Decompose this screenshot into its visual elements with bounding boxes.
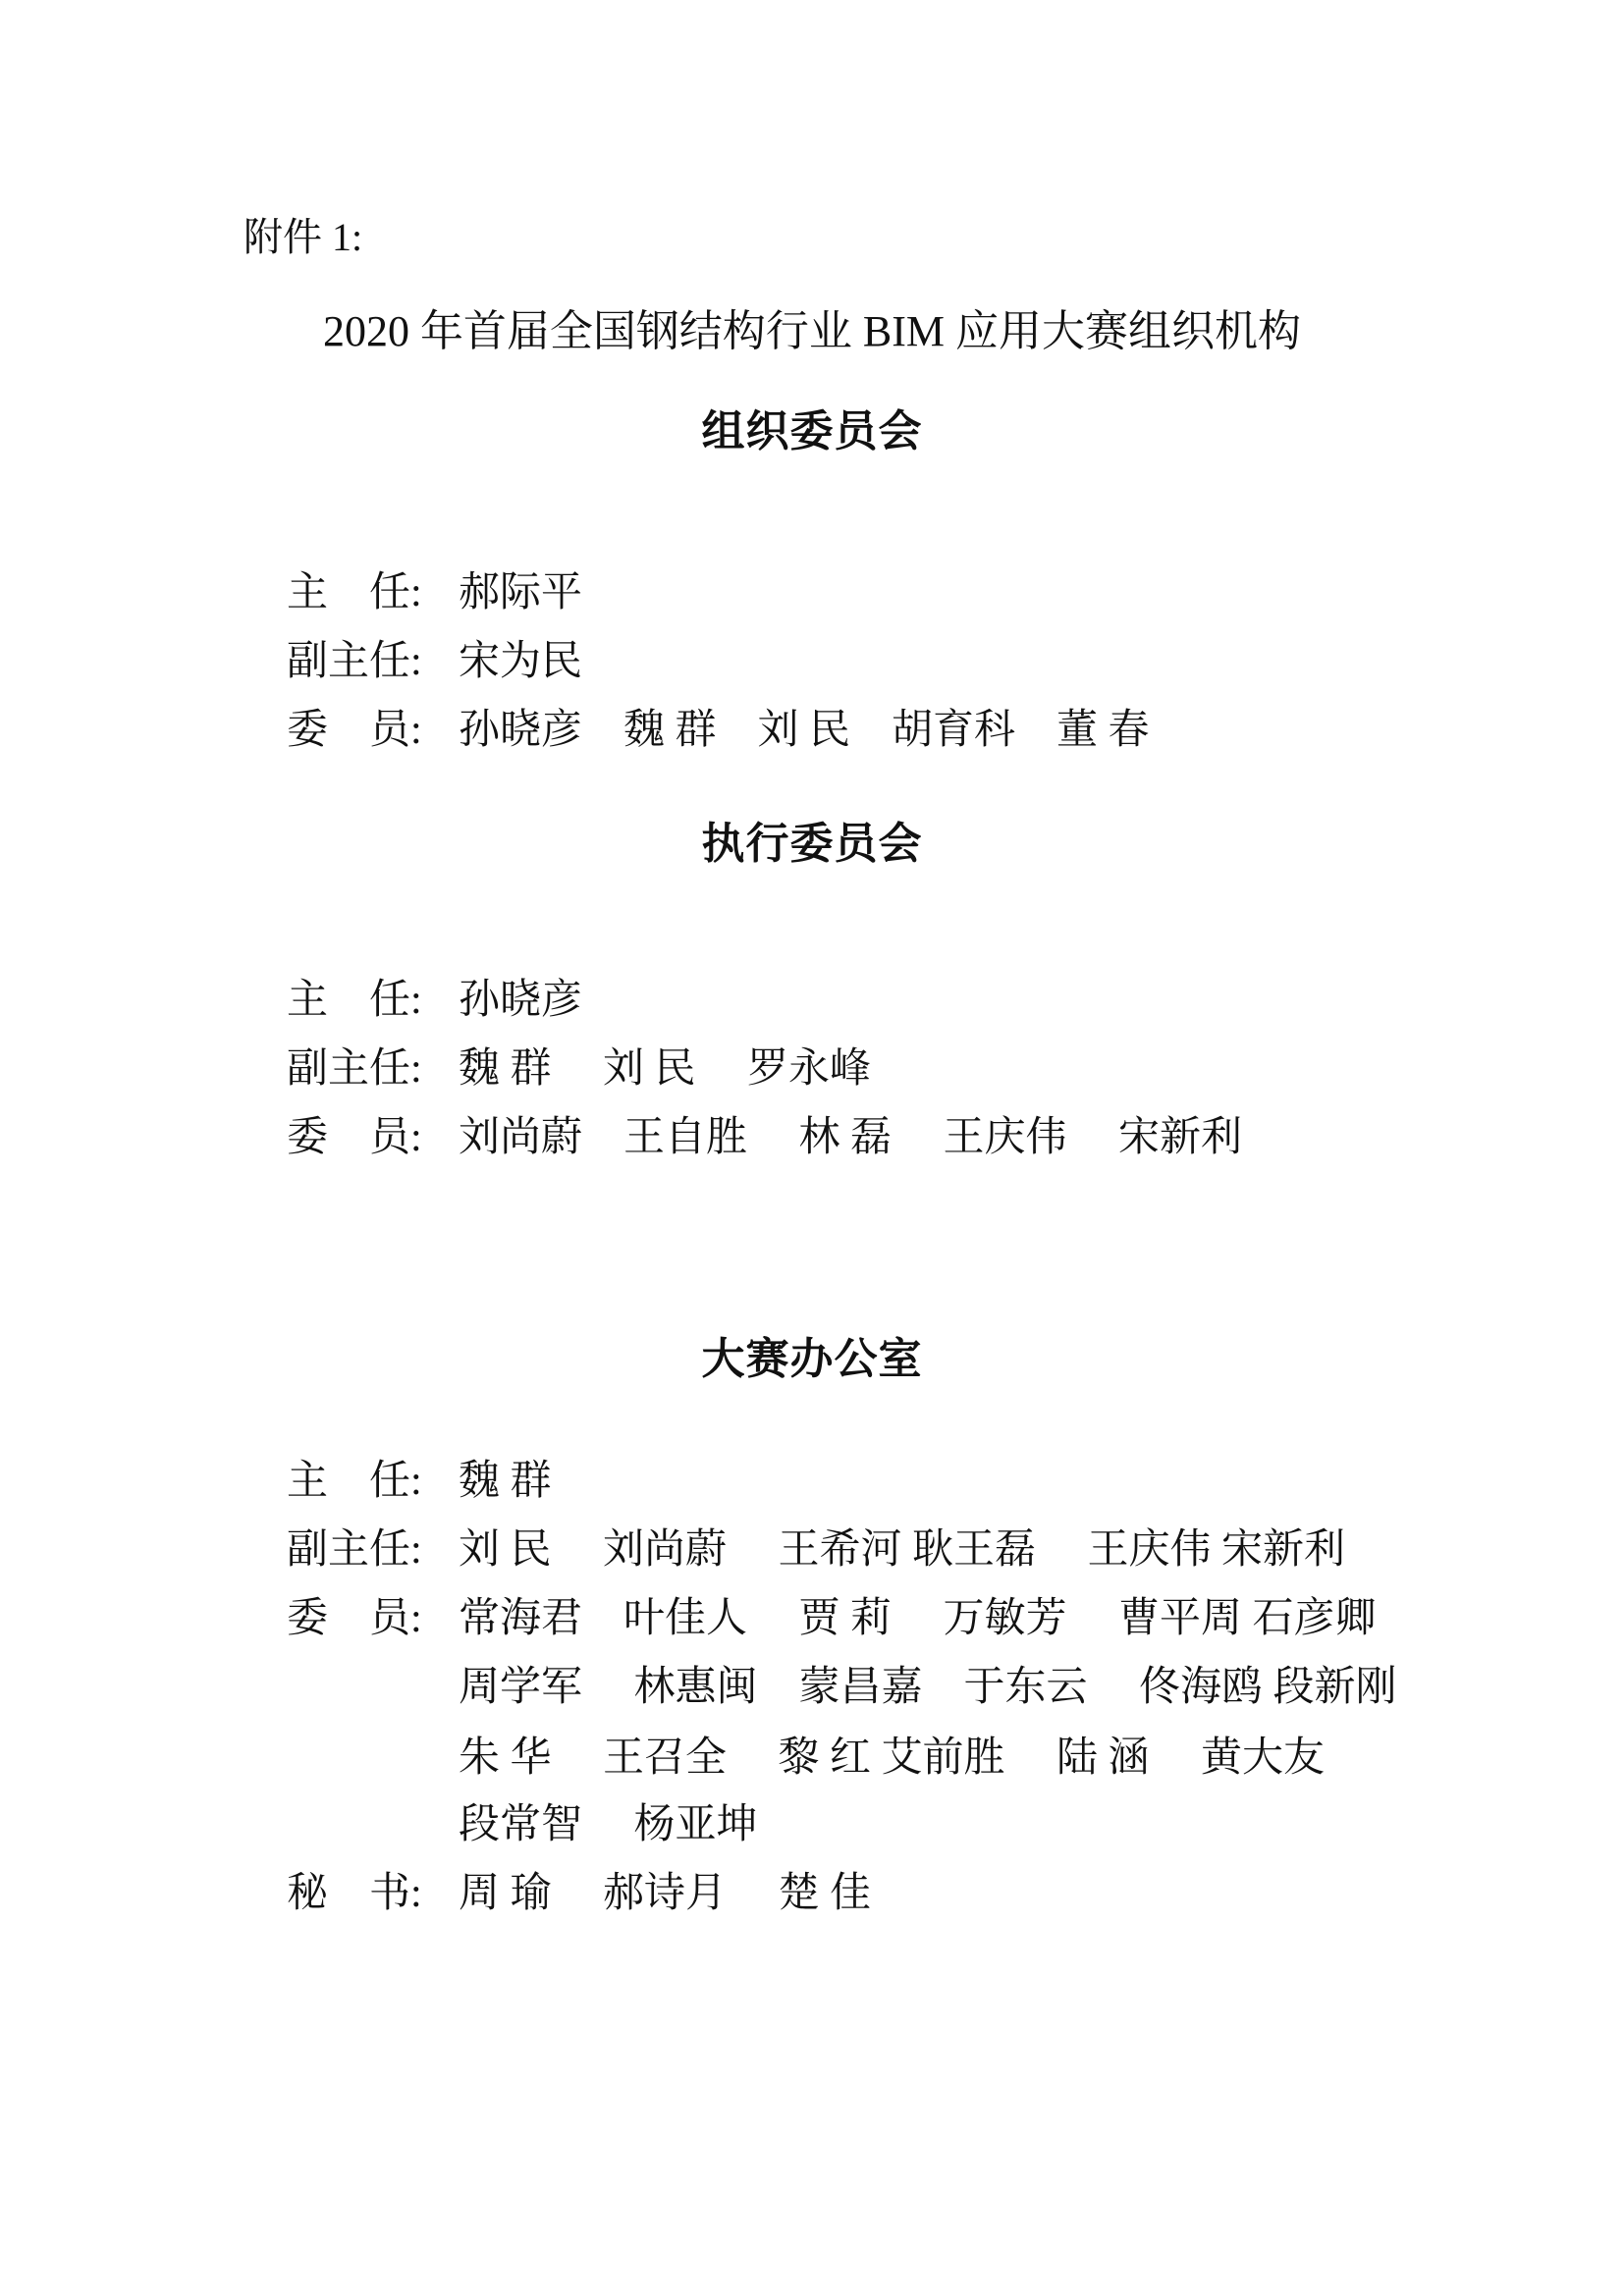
section-heading-competition-office: 大赛办公室 [0, 1334, 1624, 1385]
committee-line: 秘 书:周 瑜 郝诗月 楚 佳 [245, 1820, 1522, 1967]
section-heading-executive-committee: 执行委员会 [0, 819, 1624, 870]
role-label: 委 员: [287, 1113, 459, 1162]
committee-line: 委 员:孙晓彦 魏 群 刘 民 胡育科 董 春 [245, 657, 1522, 804]
document-title: 2020 年首届全国钢结构行业 BIM 应用大赛组织机构 [0, 306, 1624, 357]
member-names: 刘尚蔚 王自胜 林 磊 王庆伟 宋新利 [459, 1115, 1242, 1160]
attachment-label: 附件 1: [244, 214, 362, 261]
document-page: 附件 1: 2020 年首届全国钢结构行业 BIM 应用大赛组织机构 组织委员会… [0, 0, 1624, 2296]
member-names: 孙晓彦 魏 群 刘 民 胡育科 董 春 [459, 708, 1150, 753]
committee-line: 委 员:刘尚蔚 王自胜 林 磊 王庆伟 宋新利 [245, 1064, 1522, 1211]
role-label: 委 员: [287, 706, 459, 755]
role-label: 秘 书: [287, 1869, 459, 1918]
member-names: 周 瑜 郝诗月 楚 佳 [459, 1871, 871, 1916]
section-heading-organizing-committee: 组织委员会 [0, 406, 1624, 457]
